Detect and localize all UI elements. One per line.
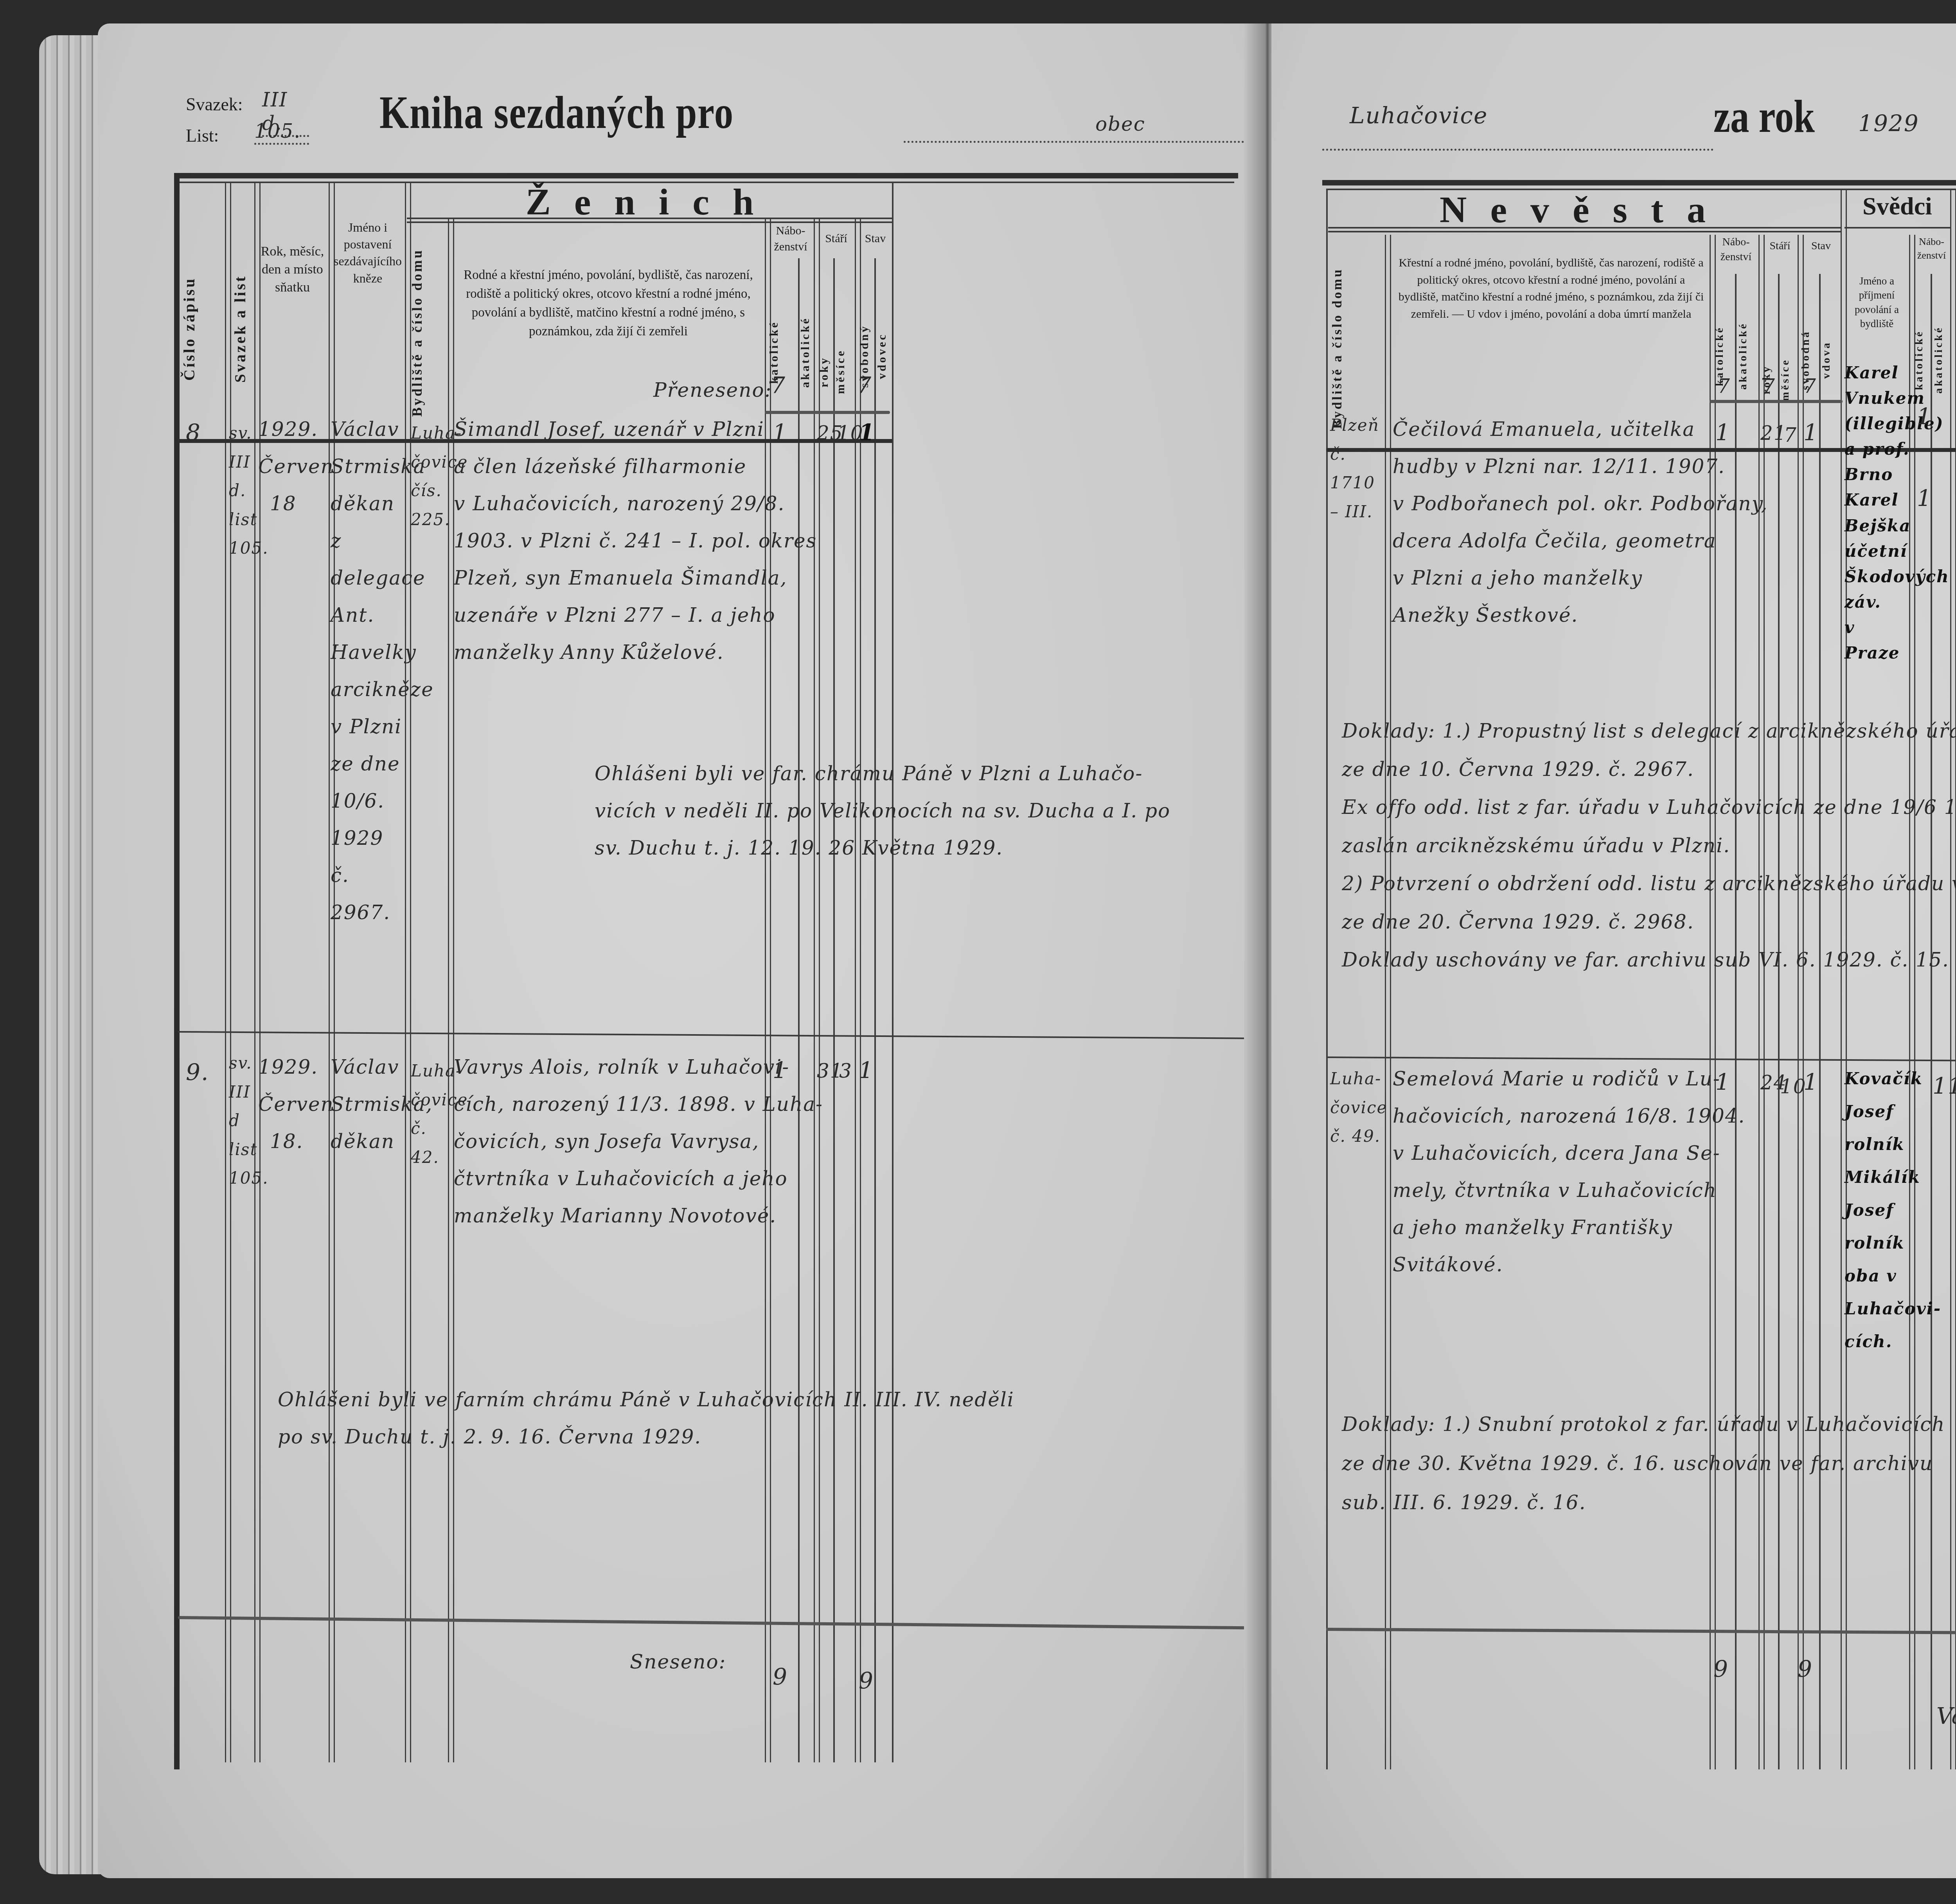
header-zenich-desc: Rodné a křestní jméno, povolání, bydlišt… [458,266,759,341]
entry-8-priest: VáclavStrmiskaděkanz delegaceAnt. Havelk… [331,411,409,931]
svazek-value: III d. [229,448,256,505]
totals-rule [1326,1628,1956,1636]
residence-line: čís. 225. [411,476,450,534]
header-svedci-nabozenstvi: Nábo-ženství [1913,235,1950,262]
zenich-underline-2 [407,221,892,223]
priest-line: děkan [331,485,409,522]
place-value: Luhačovice [1350,94,1488,137]
header-cislo-zapisu: Číslo zápisu [180,219,223,438]
doklady-line: sub. III. 6. 1929. č. 16. [1342,1483,1956,1522]
witness-line: Vnukem [1845,385,1913,411]
groom-line: čovicích, syn Josefa Vavrysa, [454,1123,767,1160]
entry-9-svazek: sv. III d list 105. [229,1049,256,1193]
obec-value: obec [1095,106,1145,143]
bride-line: dcera Adolfa Čečila, geometra [1393,522,1713,560]
witness-line: Luhačovi- [1845,1292,1954,1325]
residence-line: č. 49. [1330,1122,1385,1151]
groom-line: uzenáře v Plzni 277 – I. a jeho [454,597,767,634]
witness-line: Škodových záv. [1845,564,1913,615]
entry-9-groom-residence: Luha-čoviceč. 42. [411,1056,450,1172]
header-rok-mesic: Rok, měsíc, den a místo sňatku [258,243,327,297]
priest-line: ze dne [331,745,409,783]
totals-rule [178,1616,1283,1630]
col-divider [1758,235,1765,1769]
doklady-line: ze dne 20. Června 1929. č. 2968. [1342,903,1956,941]
bride-line: hačovicích, narozená 16/8. 1904. [1393,1098,1713,1135]
witness-line: Brno [1845,462,1913,487]
year: 1929. [258,1049,334,1086]
entry-9-bride-mesice: 10 [1780,1068,1807,1105]
priest-line: Strmiska, [331,1086,409,1123]
groom-line: cích, narozený 11/3. 1898. v Luha- [454,1086,767,1123]
banns-line: sv. Duchu t. j. 12. 19. 26 Května 1929. [595,830,1181,867]
residence-line: Plzeň [1330,411,1385,440]
header-stari: Stáří [818,231,855,247]
totals-label: Sneseno: [630,1643,726,1681]
entry-9-groom-katolicke: 1 [773,1049,788,1092]
groom-line: manželky Marianny Novotové. [454,1197,767,1235]
groom-line: čtvrtníka v Luhačovicích a jeho [454,1160,767,1197]
groom-line: a člen lázeňské filharmonie [454,448,767,485]
entry-9-doklady: Doklady: 1.) Snubní protokol z far. úřad… [1342,1405,1956,1522]
col-divider [1778,274,1780,1769]
register-title: Kniha sezdaných pro [379,86,734,139]
entry-9-witness-katolicke: 11 [1933,1064,1956,1107]
table-left-border [174,173,180,1769]
residence-line: – III. [1330,497,1385,526]
entry-9-bride: Semelová Marie u rodičů v Lu-hačovicích,… [1393,1060,1713,1283]
header-nevesta-desc: Křestní a rodné jméno, povolání, bydlišt… [1397,254,1706,322]
banns-line: vicích v neděli II. po Velikonocích na s… [595,792,1181,830]
entry-9-groom-mesice: 3 [839,1053,852,1090]
header-akatolicke: akatolické [1737,274,1758,438]
bride-line: v Plzni a jeho manželky [1393,560,1713,597]
svazek-prefix: sv. [229,1049,256,1078]
entry-8-witnesses: KarelVnukem(illegible) a prof.BrnoKarel … [1845,360,1913,666]
col-divider [1819,274,1821,1769]
groom-line: 1903. v Plzni č. 241 – I. pol. okres [454,522,767,560]
bride-line: Čečilová Emanuela, učitelka [1393,411,1713,448]
entry-9-date: 1929. Červen 18. [258,1049,334,1160]
col-divider [1326,189,1328,1769]
signature-name: Václav Strmiska, [1936,1694,1956,1737]
entry-8-bride-svobodna: 1 [1803,411,1819,454]
banns-line: po sv. Duchu t. j. 2. 9. 16. Června 1929… [278,1418,1256,1456]
totals-katolicke: 9 [773,1655,788,1698]
priest-line: Václav [331,411,409,448]
priest-line: arcikněze [331,671,409,708]
doklady-line: ze dne 10. Června 1929. č. 2967. [1342,750,1956,789]
residence-line: čovice [1330,1093,1385,1122]
witness-line: oba v [1845,1260,1954,1292]
doklady-line: Doklady: 1.) Propustný list s delegací z… [1342,712,1956,750]
witness-line: cích. [1845,1325,1954,1358]
month: Červen [258,1086,334,1123]
nevesta-title: Nevěsta [1330,188,1839,231]
entry-8-groom-katolicke: 1 [773,411,788,454]
witness-line: v Praze [1845,615,1913,666]
entry-9-bride-svobodna: 1 [1803,1060,1819,1103]
col-divider [1385,235,1391,1769]
table-top-rule [174,173,1238,178]
witness-line: Karel [1845,360,1913,385]
residence-line: č. 42. [411,1114,450,1172]
entry-9-banns: Ohlášeni byli ve farním chrámu Páně v Lu… [278,1381,1256,1456]
place-dotted-line [1322,149,1713,151]
entry-9-groom-svobodny: 1 [859,1049,874,1092]
groom-line: Vavrys Alois, rolník v Luhačovi- [454,1049,767,1086]
witness-line: Karel Bejška [1845,487,1913,538]
priest-line: Václav [331,1049,409,1086]
svazek-value: III d [229,1078,256,1135]
svedci-title: Svědci [1845,192,1950,221]
totals-svobodny: 9 [859,1659,874,1702]
totals-right-katolicke: 9 [1713,1647,1729,1690]
entry-9-bride-residence: Luha-čoviceč. 49. [1330,1064,1385,1151]
entry-8-groom-residence: Luha-čovicečís. 225. [411,419,450,534]
entry-8-witness-katolicke: 11 [1917,376,1932,539]
day: 18. [258,1123,334,1160]
entry-9-bride-katolicke: 1 [1715,1060,1731,1103]
doklady-line: Doklady: 1.) Snubní protokol z far. úřad… [1342,1405,1956,1444]
groom-line: manželky Anny Kůželové. [454,634,767,671]
carried-over-right-katolicke: 7 [1717,368,1731,405]
header-nabozenstvi: Nábo-ženství [768,223,814,255]
list-label: List: [186,125,219,146]
entry-9-number: 9. [186,1051,209,1094]
carried-over-katolicke: 7 [771,364,786,407]
groom-line: v Luhačovicích, narozený 29/8. [454,485,767,522]
header-stav: Stav [859,231,892,247]
priest-line: Ant. Havelky [331,597,409,671]
svedci-underline [1845,227,1950,229]
doklady-line: Ex offo odd. list z far. úřadu v Luhačov… [1342,788,1956,827]
entry-8-number: 8 [186,411,201,454]
bride-line: Anežky Šestkové. [1393,597,1713,634]
entry-9-groom: Vavrys Alois, rolník v Luhačovi-cích, na… [454,1049,767,1235]
entry-8-bride: Čečilová Emanuela, učitelkahudby v Plzni… [1393,411,1713,634]
residence-line: čovice [411,1085,450,1114]
witness-line: účetní [1845,538,1913,564]
nevesta-underline [1328,227,1841,229]
header-svedci-jmeno: Jméno a příjmení povolání a bydliště [1846,274,1907,331]
zenich-underline [407,218,892,219]
residence-line: č. 1710 [1330,440,1385,497]
residence-line: Luha- [411,1056,450,1085]
witness-line: rolník [1845,1128,1954,1161]
col-divider [874,258,876,1762]
witness-line: rolník [1845,1227,1954,1260]
day: 18 [258,485,334,522]
entry-8-bride-katolicke: 1 [1715,411,1731,454]
register-book: Svazek: III d. List: 105. Kniha sezdanýc… [0,0,1956,1904]
col-divider [892,182,894,1762]
priest-line: děkan [331,1123,409,1160]
priest-line: 10/6. 1929 [331,783,409,857]
header-vdova: vdova [1820,282,1840,438]
residence-line: čovice [411,448,450,477]
carried-over-right-roky: 7 [1762,368,1776,405]
bride-line: hudby v Plzni nar. 12/11. 1907. [1393,448,1713,485]
entry-8-groom-svobodny: 1 [859,411,875,454]
zenich-title: Ženich [411,180,892,223]
header-nabozenstvi: Nábo-ženství [1713,235,1758,265]
header-stav: Stav [1801,239,1841,254]
doklady-line: Doklady uschovány ve far. archivu sub VI… [1342,941,1956,979]
priest-line: č. 2967. [331,857,409,931]
entry-8-bride-mesice: 7 [1784,417,1797,454]
header-svazek-a-list: Svazek a list [231,219,252,438]
witness-line: Mikálík Josef [1845,1161,1954,1227]
entry-8-svazek: sv. III d. list 105. [229,419,256,563]
priest-line: Strmiska [331,448,409,485]
carried-over-svobodny: 7 [857,364,872,407]
entry-8-doklady: Doklady: 1.) Propustný list s delegací z… [1342,712,1956,979]
bride-line: Semelová Marie u rodičů v Lu- [1393,1060,1713,1098]
residence-line: Luha- [1330,1064,1385,1093]
year: 1929. [258,411,334,448]
entry-8-date: 1929. Červen 18 [258,411,334,522]
title-dotted-line [904,141,1244,143]
bride-line: v Podbořanech pol. okr. Podbořany, [1393,485,1713,522]
svazek-prefix: sv. [229,419,256,448]
priest-line: v Plzni [331,708,409,745]
bride-line: mely, čtvrtníka v Luhačovicích [1393,1172,1713,1209]
right-page: Luhačovice za rok 1929 Nevěsta Bydliště … [1271,23,1956,1878]
col-divider [798,258,800,1762]
entry-separator [178,1031,1283,1039]
list-value: list 105. [229,505,256,563]
header-bydliste: Bydliště a číslo domu [409,243,446,423]
totals-right-svobodna: 9 [1798,1647,1813,1690]
banns-line: Ohlášeni byli ve farním chrámu Páně v Lu… [278,1381,1256,1418]
svazek-label: Svazek: [186,94,243,115]
doklady-line: ze dne 30. Května 1929. č. 16. uschován … [1342,1444,1956,1483]
nevesta-underline-2 [1328,231,1841,232]
witness-katolicke: 1 [1917,376,1932,457]
col-divider [1798,235,1804,1769]
witness-katolicke: 1 [1917,457,1932,539]
header-stari: Stáří [1762,239,1798,254]
bride-line: Svitákové. [1393,1246,1713,1283]
bride-line: v Luhačovicích, dcera Jana Se- [1393,1135,1713,1172]
groom-line: Šimandl Josef, uzenář v Plzni [454,411,767,448]
residence-line: Luha- [411,419,450,448]
doklady-line: zaslán arciknězskému úřadu v Plzni. [1342,827,1956,865]
za-rok-label: za rok [1713,90,1815,143]
year-value: 1929 [1858,102,1919,145]
banns-line: Ohlášeni byli ve far. chrámu Páně v Plzn… [595,755,1181,792]
carried-over-right-svobodna: 7 [1803,368,1817,405]
list-value: list 105. [229,1135,256,1193]
witness-line: (illegible) a prof. [1845,411,1913,462]
left-page: Svazek: III d. List: 105. Kniha sezdanýc… [98,23,1267,1878]
priest-line: z delegace [331,522,409,597]
witness-1-katolicke: 1 [1933,1073,1948,1099]
groom-line: Plzeň, syn Emanuela Šimandla, [454,560,767,597]
witness-2-katolicke: 1 [1948,1073,1956,1099]
col-divider [833,258,835,1762]
entry-9-priest: VáclavStrmiska,děkan [331,1049,409,1160]
bride-line: a jeho manželky Františky [1393,1209,1713,1246]
carried-over-label: Přeneseno: [653,372,772,409]
carried-over-right-sum-rule [1710,400,1843,403]
header-jmeno-knez: Jméno i postavení sezdávajícího kněze [333,219,403,287]
list-value: 105. [254,119,309,145]
entry-8-bride-residence: Plzeňč. 1710– III. [1330,411,1385,526]
doklady-line: 2) Potvrzení o obdržení odd. listu z arc… [1342,865,1956,903]
table-top-rule [1322,180,1956,185]
entry-8-bride-roky: 21 [1760,415,1787,452]
entry-8-banns: Ohlášeni byli ve far. chrámu Páně v Plzn… [595,755,1181,867]
month: Červen [258,448,334,485]
entry-8-groom: Šimandl Josef, uzenář v Plznia člen láze… [454,411,767,671]
